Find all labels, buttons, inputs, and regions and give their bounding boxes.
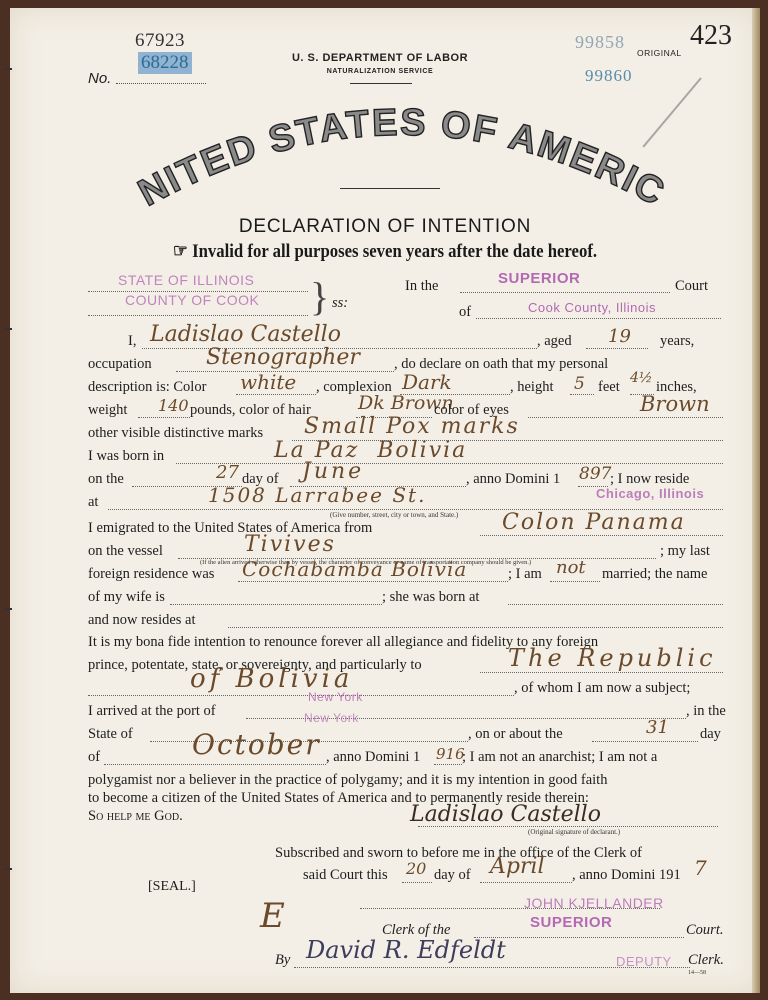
on-or-about-label: , on or about the bbox=[468, 726, 563, 743]
wife-birthplace-line bbox=[508, 604, 723, 605]
court-label: Court bbox=[675, 278, 708, 295]
deputy-stamp: DEPUTY bbox=[616, 954, 672, 969]
born-label: I was born in bbox=[88, 448, 164, 465]
subject-text: , of whom I am now a subject; bbox=[514, 680, 690, 697]
binding-mark bbox=[4, 868, 12, 870]
sovereign-line-2 bbox=[88, 695, 514, 696]
weight-label: weight bbox=[88, 402, 127, 419]
occupation-label: occupation bbox=[88, 356, 152, 373]
port-label: I arrived at the port of bbox=[88, 703, 216, 720]
signature-note: (Original signature of declarant.) bbox=[528, 828, 620, 836]
declarant-name: Ladislao Castello bbox=[150, 322, 341, 347]
state-of-label: State of bbox=[88, 726, 133, 743]
jurat-said-court: said Court this bbox=[303, 867, 388, 884]
banner-rule bbox=[340, 188, 440, 189]
heading-rule bbox=[350, 83, 412, 84]
wife-born-label: ; she was born at bbox=[382, 589, 479, 606]
binding-mark bbox=[4, 328, 12, 330]
weight-line bbox=[138, 417, 190, 418]
i-label: I, bbox=[128, 333, 136, 350]
age-value: 19 bbox=[608, 326, 631, 347]
seal-label: [SEAL.] bbox=[148, 879, 196, 895]
arrival-month-line bbox=[104, 764, 326, 765]
weight-value: 140 bbox=[158, 396, 189, 415]
jurat-year-digit: 7 bbox=[694, 856, 707, 880]
validity-notice-text: Invalid for all purposes seven years aft… bbox=[192, 241, 597, 262]
clerk-initial: E bbox=[260, 896, 285, 936]
binding-mark bbox=[4, 608, 12, 610]
county-court-stamp: Cook County, Illinois bbox=[528, 300, 656, 315]
of-label-2: of bbox=[88, 749, 100, 766]
declarant-signature: Ladislao Castello bbox=[410, 802, 601, 827]
polygamist-text: polygamist nor a believer in the practic… bbox=[88, 772, 723, 789]
anno-domini-label: , anno Domini 1 bbox=[466, 471, 560, 488]
feet-label: feet bbox=[598, 379, 620, 396]
wife-residence-line bbox=[228, 627, 723, 628]
height-inches: 4½ bbox=[630, 370, 652, 386]
county-court-line bbox=[476, 318, 721, 319]
serial-number: 67923 bbox=[135, 30, 185, 52]
arrival-year: 916 bbox=[436, 745, 465, 763]
wife-label: of my wife is bbox=[88, 589, 165, 606]
oath-text: So help me God. bbox=[88, 808, 183, 825]
in-the-label: In the bbox=[405, 278, 438, 295]
occupation-value: Stenographer bbox=[206, 345, 360, 370]
jurat-day: 20 bbox=[406, 859, 426, 878]
port-stamp: New York bbox=[308, 690, 363, 704]
state-stamp: STATE OF ILLINOIS bbox=[118, 272, 254, 288]
in-the-label-2: , in the bbox=[686, 703, 726, 720]
wife-name-line bbox=[170, 604, 382, 605]
foreign-residence-label: foreign residence was bbox=[88, 566, 214, 583]
number-field-line bbox=[116, 83, 206, 84]
document-title: DECLARATION OF INTENTION bbox=[10, 216, 760, 238]
arrival-day: 31 bbox=[646, 717, 669, 738]
ss-label: ss: bbox=[332, 295, 348, 312]
birth-year: 897 bbox=[579, 464, 611, 484]
stamped-number-top: 99858 bbox=[575, 32, 625, 53]
day-label: day bbox=[700, 726, 721, 743]
wife-resides-label: and now resides at bbox=[88, 612, 196, 629]
jurat-line-1: Subscribed and sworn to before me in the… bbox=[275, 845, 642, 862]
married-status-line bbox=[550, 581, 600, 582]
height-feet-line bbox=[570, 394, 594, 395]
color-line bbox=[236, 394, 316, 395]
court-period-label: Court. bbox=[686, 922, 723, 939]
service-heading: NATURALIZATION SERVICE bbox=[10, 68, 750, 75]
county-line bbox=[88, 315, 308, 316]
page-edge bbox=[752, 8, 760, 993]
county-stamp: COUNTY OF COOK bbox=[125, 292, 259, 308]
my-last-label: ; my last bbox=[660, 543, 710, 560]
of-label: of bbox=[459, 304, 471, 321]
color-label: description is: Color bbox=[88, 379, 206, 396]
banner-text: UNITED STATES OF AMERICA bbox=[122, 100, 672, 215]
birth-month: June bbox=[302, 459, 364, 484]
arrival-day-line bbox=[592, 741, 698, 742]
anarchist-text: ; I am not an anarchist; I am not a bbox=[462, 749, 657, 766]
arrival-year-line bbox=[434, 764, 462, 765]
jurat-month-line bbox=[480, 882, 572, 883]
stamped-number-bottom: 99860 bbox=[585, 66, 633, 86]
foreign-residence-value: Cochabamba Bolivia bbox=[242, 557, 467, 581]
height-label: , height bbox=[510, 379, 554, 396]
court-stamp: SUPERIOR bbox=[498, 270, 580, 287]
jurat-day-of: day of bbox=[434, 867, 471, 884]
arrival-month: October bbox=[192, 728, 321, 761]
by-label: By bbox=[275, 952, 290, 969]
deputy-signature: David R. Edfeldt bbox=[306, 936, 506, 964]
vessel-value: Tivives bbox=[244, 532, 336, 557]
vessel-label: on the vessel bbox=[88, 543, 163, 560]
jurat-anno-domini: , anno Domini 191 bbox=[572, 867, 681, 884]
eyes-line bbox=[528, 417, 723, 418]
sovereign-line-1 bbox=[480, 672, 723, 673]
brace: } bbox=[310, 273, 329, 320]
clerk-period-label: Clerk. bbox=[688, 952, 724, 969]
sovereign-value-1: The Republic bbox=[508, 644, 717, 672]
i-am-label: ; I am bbox=[508, 566, 542, 583]
years-label: years, bbox=[660, 333, 694, 350]
original-label: ORIGINAL bbox=[637, 48, 682, 58]
address-value: 1508 Larrabee St. bbox=[208, 483, 426, 507]
country-banner: UNITED STATES OF AMERICA bbox=[122, 100, 682, 220]
married-label: married; the name bbox=[602, 566, 707, 583]
anno-domini-arrival-label: , anno Domini 1 bbox=[326, 749, 420, 766]
court-line bbox=[460, 292, 670, 293]
form-number: 14—58 bbox=[688, 970, 706, 976]
address-note: (Give number, street, city or town, and … bbox=[330, 511, 458, 519]
page-number: 423 bbox=[690, 20, 732, 52]
color-value: white bbox=[240, 370, 296, 394]
state-stamp-arrival: New York bbox=[304, 711, 359, 725]
foreign-residence-line bbox=[238, 581, 508, 582]
marks-label: other visible distinctive marks bbox=[88, 425, 263, 442]
age-line bbox=[586, 348, 648, 349]
married-status-value: not bbox=[556, 557, 586, 578]
aged-label: , aged bbox=[537, 333, 572, 350]
validity-notice: ☞ Invalid for all purposes seven years a… bbox=[55, 240, 715, 263]
birth-day: 27 bbox=[216, 462, 239, 483]
marks-value: Small Pox marks bbox=[304, 414, 520, 439]
clerk-name-stamp: JOHN KJELLANDER bbox=[524, 895, 664, 911]
jurat-day-line bbox=[402, 882, 432, 883]
birthplace-line bbox=[176, 463, 723, 464]
at-label: at bbox=[88, 494, 98, 511]
pointing-hand-icon: ☞ bbox=[173, 241, 188, 262]
citizen-text: to become a citizen of the United States… bbox=[88, 790, 723, 807]
declaration-document: 67923 68228 No. U. S. DEPARTMENT OF LABO… bbox=[10, 8, 760, 993]
on-the-label: on the bbox=[88, 471, 124, 488]
height-feet: 5 bbox=[574, 374, 585, 394]
emigrated-from-value: Colon Panama bbox=[502, 510, 686, 535]
eyes-value: Brown bbox=[640, 392, 710, 416]
clerk-court-stamp: SUPERIOR bbox=[530, 914, 612, 931]
complexion-value: Dark bbox=[402, 370, 452, 394]
jurat-month: April bbox=[490, 854, 545, 879]
emigrated-line bbox=[480, 535, 723, 536]
hair-label: pounds, color of hair bbox=[190, 402, 311, 419]
svg-text:UNITED STATES OF AMERICA: UNITED STATES OF AMERICA bbox=[122, 100, 672, 215]
city-stamp: Chicago, Illinois bbox=[596, 486, 704, 501]
